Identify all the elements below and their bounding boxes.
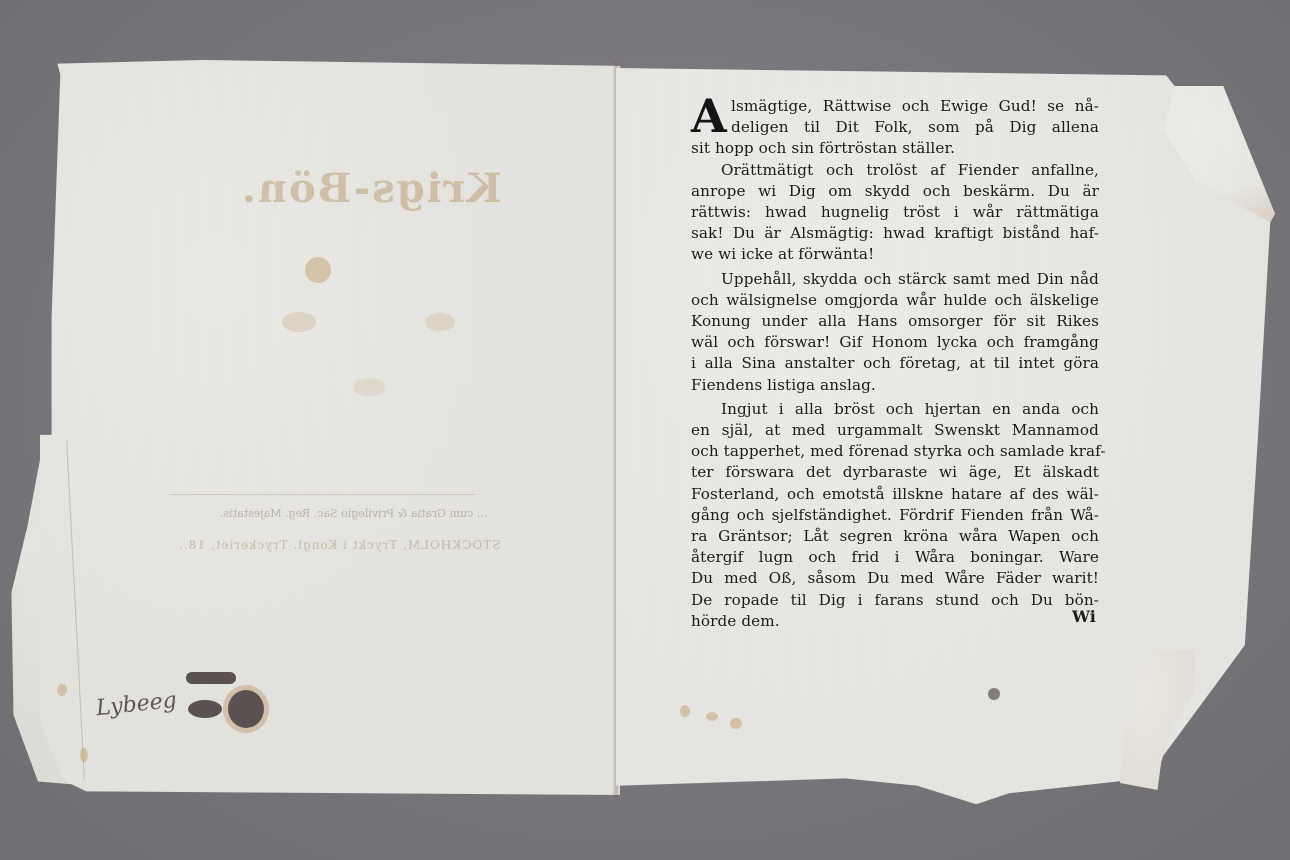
foxing-stain [706, 712, 718, 721]
text-line: wäl och förswar! Gif Honom lycka och fra… [691, 332, 1099, 353]
text-line: Du med Oß, såsom Du med Wåre Fäder warit… [691, 568, 1099, 589]
text-line: anrope wi Dig om skydd och beskärm. Du ä… [691, 181, 1099, 202]
foxing-stain [57, 684, 67, 696]
ink-blot [228, 690, 264, 728]
foxing-stain [305, 257, 331, 283]
text-line: we wi icke at förwänta! [691, 244, 1099, 265]
paragraph-3: Uppehåll, skydda och stärck samt med Din… [691, 269, 1099, 396]
catchword: Wi [1072, 607, 1096, 626]
text-line: Fosterland, och emotstå illskne hatare a… [691, 484, 1099, 505]
ink-stroke [188, 700, 222, 718]
text-line: i alla Sina anstalter och företag, at ti… [691, 353, 1099, 374]
foxing-stain [282, 312, 316, 332]
foxing-stain [680, 705, 690, 717]
text-line: sit hopp och sin förtröstan ställer. [691, 138, 1099, 159]
paragraph-2: Orättmätigt och trolöst af Fiender anfal… [691, 160, 1099, 266]
text-line: ter förswara det dyrbaraste wi äge, Et ä… [691, 462, 1099, 483]
foxing-stain [80, 748, 88, 762]
text-line: och wälsignelse omgjorda wår hulde och ä… [691, 290, 1099, 311]
text-line: Uppehåll, skydda och stärck samt med Din… [691, 269, 1099, 290]
text-line: rättwis: hwad hugnelig tröst i wår rättm… [691, 202, 1099, 223]
bleed-through-title: Krigs-Bön. [240, 165, 502, 212]
text-line: Konung under alla Hans omsorger för sit … [691, 311, 1099, 332]
text-line: De ropade til Dig i farans stund och Du … [691, 590, 1099, 611]
paragraph-4: Ingjut i alla bröst och hjertan en anda … [691, 399, 1099, 632]
text-line: och tapperhet, med förenad styrka och sa… [691, 441, 1099, 462]
ink-speck [988, 688, 1000, 700]
foxing-stain [425, 313, 455, 331]
text-line: ra Gräntsor; Låt segren kröna wåra Wapen… [691, 526, 1099, 547]
text-line: gång och sjelfständighet. Fördrif Fiende… [691, 505, 1099, 526]
text-line: en själ, at med urgammalt Swenskt Mannam… [691, 420, 1099, 441]
bleed-through-imprint-line1: ... cum Gratia & Privilegio Sac. Reg. Ma… [220, 507, 487, 520]
foxing-stain [730, 718, 742, 729]
text-line: lsmägtige, Rättwise och Ewige Gud! se nå… [691, 96, 1099, 117]
ink-stroke [186, 672, 236, 684]
bleed-through-rule [170, 494, 475, 495]
text-line: Orättmätigt och trolöst af Fiender anfal… [691, 160, 1099, 181]
text-line: återgif lugn och frid i Wåra boningar. W… [691, 547, 1099, 568]
paragraph-1: A lsmägtige, Rättwise och Ewige Gud! se … [691, 96, 1099, 160]
text-line: hörde dem. [691, 611, 1099, 632]
prayer-text: A lsmägtige, Rättwise och Ewige Gud! se … [691, 96, 1099, 632]
foxing-stain [353, 378, 385, 396]
drop-cap: A [691, 94, 727, 138]
text-line: Fiendens listiga anslag. [691, 375, 1099, 396]
text-line: Ingjut i alla bröst och hjertan en anda … [691, 399, 1099, 420]
bleed-through-imprint-line2: STOCKHOLM, Tryckt i Kongl. Tryckeriet, 1… [178, 538, 501, 552]
text-line: deligen til Dit Folk, som på Dig allena [691, 117, 1099, 138]
text-line: sak! Du är Alsmägtig: hwad kraftigt bist… [691, 223, 1099, 244]
